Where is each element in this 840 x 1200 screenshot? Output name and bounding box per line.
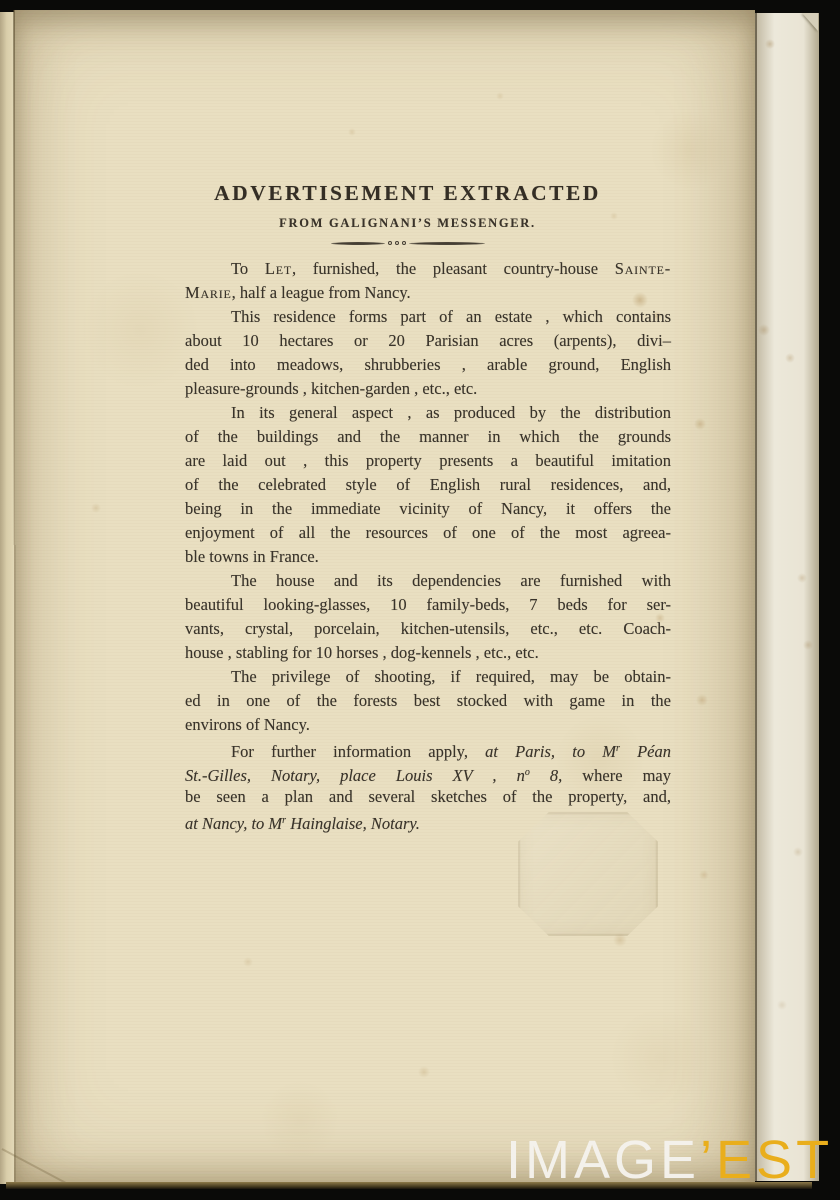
text-segment: , half a league from Nancy.: [232, 283, 411, 302]
ornament-rule-left: [331, 242, 385, 245]
text-segment: beautiful looking-glasses, 10 family-bed…: [185, 595, 671, 614]
text-segment: Marie: [185, 283, 232, 302]
text-line: being in the immediate vicinity of Nancy…: [185, 497, 671, 521]
section-ornament: [165, 238, 650, 248]
ornament-rule-right: [409, 242, 485, 245]
watermark-accent-text: ’EST: [700, 1130, 833, 1190]
text-segment: are laid out , this property presents a …: [185, 451, 671, 470]
text-segment: pleasure-grounds , kitchen-garden , etc.…: [185, 379, 477, 398]
text-line: ded into meadows, shrubberies , arable g…: [185, 353, 671, 377]
text-line: The privilege of shooting, if required, …: [185, 665, 671, 689]
text-segment: be seen a plan and several sketches of t…: [185, 787, 671, 806]
text-segment: Hainglaise, Notary.: [286, 814, 420, 833]
text-segment: ed in one of the forests best stocked wi…: [185, 691, 671, 710]
imageest-watermark: IMAGE’EST: [506, 1132, 833, 1188]
text-segment: ded into meadows, shrubberies , arable g…: [185, 355, 671, 374]
dog-ear-corner: [802, 13, 818, 31]
text-line: are laid out , this property presents a …: [185, 449, 671, 473]
text-line: This residence forms part of an estate ,…: [185, 305, 671, 329]
advert-subtitle: FROM GALIGNANI’S MESSENGER.: [165, 216, 650, 231]
text-line: To Let, furnished, the pleasant country-…: [185, 257, 671, 281]
text-segment: at Nancy, to M: [185, 814, 282, 833]
text-segment: The privilege of shooting, if required, …: [231, 667, 671, 686]
text-line: beautiful looking-glasses, 10 family-bed…: [185, 593, 671, 617]
text-segment: St.-Gilles, Notary, place Louis XV , n: [185, 766, 525, 785]
text-segment: Sainte-: [615, 259, 671, 278]
text-line: In its general aspect , as produced by t…: [185, 401, 671, 425]
paragraph: To Let, furnished, the pleasant country-…: [185, 257, 671, 305]
text-segment: In its general aspect , as produced by t…: [231, 403, 671, 422]
text-segment: This residence forms part of an estate ,…: [231, 307, 671, 326]
text-segment: To: [231, 259, 265, 278]
text-line: of the celebrated style of English rural…: [185, 473, 671, 497]
paragraph: The house and its dependencies are furni…: [185, 569, 671, 665]
text-segment: Péan: [620, 742, 671, 761]
ornament-dot: [395, 241, 399, 245]
text-segment: environs of Nancy.: [185, 715, 310, 734]
text-line: For further information apply, at Paris,…: [185, 737, 671, 761]
paragraph: In its general aspect , as produced by t…: [185, 401, 671, 569]
text-segment: The house and its dependencies are furni…: [231, 571, 671, 590]
underlying-page-edge: [755, 13, 819, 1181]
ornament-dot: [402, 241, 406, 245]
text-line: about 10 hectares or 20 Parisian acres (…: [185, 329, 671, 353]
text-line: vants, crystal, porcelain, kitchen-utens…: [185, 617, 671, 641]
text-line: ble towns in France.: [185, 545, 671, 569]
embossed-seal: [518, 812, 658, 936]
text-segment: 8,: [530, 766, 562, 785]
text-line: be seen a plan and several sketches of t…: [185, 785, 671, 809]
text-segment: house , stabling for 10 horses , dog-ken…: [185, 643, 539, 662]
text-segment: being in the immediate vicinity of Nancy…: [185, 499, 671, 518]
text-line: Marie, half a league from Nancy.: [185, 281, 671, 305]
advert-body-text: To Let, furnished, the pleasant country-…: [185, 257, 671, 833]
text-segment: enjoyment of all the resources of one of…: [185, 523, 671, 542]
text-segment: of the celebrated style of English rural…: [185, 475, 671, 494]
text-segment: of the buildings and the manner in which…: [185, 427, 671, 446]
text-line: ed in one of the forests best stocked wi…: [185, 689, 671, 713]
text-segment: ble towns in France.: [185, 547, 319, 566]
text-segment: at Paris, to M: [485, 742, 616, 761]
text-segment: about 10 hectares or 20 Parisian acres (…: [185, 331, 671, 350]
page-crease: [13, 10, 15, 545]
page-crease-lower: [14, 545, 16, 1185]
text-line: The house and its dependencies are furni…: [185, 569, 671, 593]
watermark-primary-text: IMAGE: [506, 1130, 700, 1190]
text-line: of the buildings and the manner in which…: [185, 425, 671, 449]
text-segment: vants, crystal, porcelain, kitchen-utens…: [185, 619, 671, 638]
text-segment: , furnished, the pleasant country-house: [292, 259, 615, 278]
paragraph: The privilege of shooting, if required, …: [185, 665, 671, 737]
text-line: enjoyment of all the resources of one of…: [185, 521, 671, 545]
advert-title: ADVERTISEMENT EXTRACTED: [165, 181, 650, 206]
text-line: St.-Gilles, Notary, place Louis XV , no …: [185, 761, 671, 785]
text-segment: where may: [562, 766, 671, 785]
text-segment: For further information apply,: [231, 742, 485, 761]
text-line: house , stabling for 10 horses , dog-ken…: [185, 641, 671, 665]
text-line: pleasure-grounds , kitchen-garden , etc.…: [185, 377, 671, 401]
ornament-dot: [388, 241, 392, 245]
text-line: environs of Nancy.: [185, 713, 671, 737]
text-segment: Let: [265, 259, 292, 278]
paragraph: This residence forms part of an estate ,…: [185, 305, 671, 401]
